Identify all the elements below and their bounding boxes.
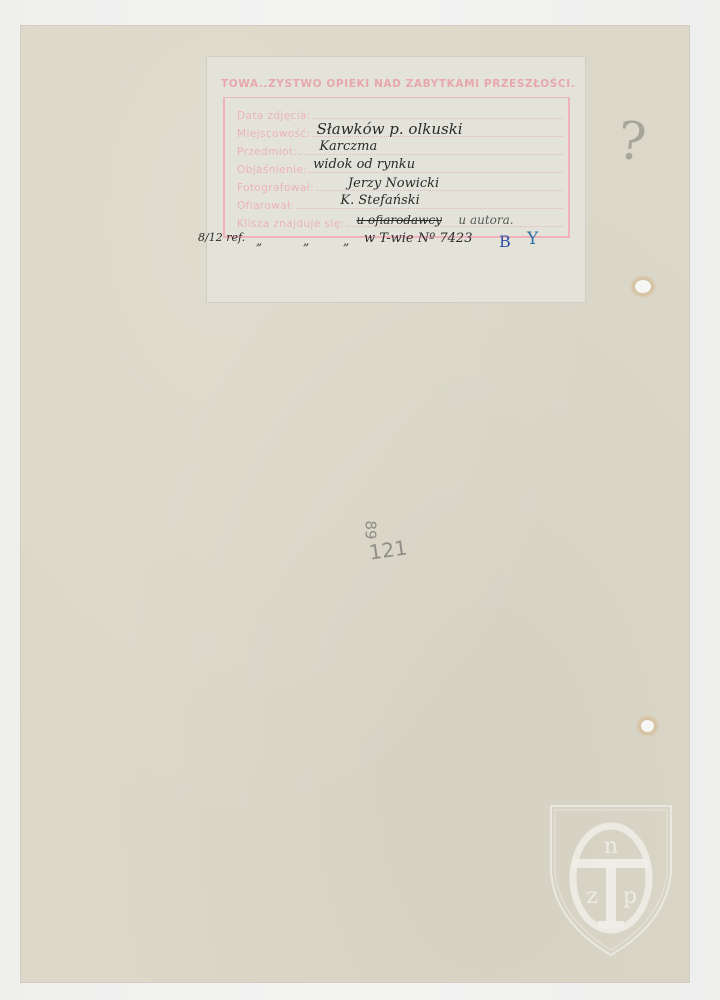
inventory-number: w T-wie Nº 7423 [364,231,472,246]
field-dotted-line [313,118,563,119]
pencil-question-mark: ? [615,111,649,174]
label-header: Towa..zystwo Opieki nad Zabytkami Przesz… [221,78,577,90]
inventory-prefix: 8/12 ref. [198,231,245,244]
handwritten-value: widok od rynku [313,157,415,172]
handwritten-value: K. Stefański [340,193,419,208]
field-dotted-line: u ofiarodawcy u autora. [346,226,563,227]
field-dotted-line: Jerzy Nowicki [316,190,563,191]
ditto-mark: „ [343,234,349,248]
ditto-mark: „ [303,234,309,248]
mark-y: Y [527,229,538,249]
photo-card-verso: Towa..zystwo Opieki nad Zabytkami Przesz… [21,26,689,982]
field-dotted-line: widok od rynku [309,172,563,173]
society-label: Towa..zystwo Opieki nad Zabytkami Przesz… [207,57,585,302]
field-row-photographer: Fotografował: Jerzy Nowicki [237,176,563,194]
svg-text:p: p [623,884,637,909]
field-dotted-line: Sławków p. olkuski [313,136,563,137]
field-label: Miejscowość: [237,128,311,140]
pencil-number: 121 [368,535,409,564]
handwritten-value: Karczma [319,139,377,154]
ditto-mark: „ [256,234,262,248]
field-dotted-line: Karczma [299,154,563,155]
pencil-number-rotated: 89 [362,520,380,539]
svg-text:z: z [586,884,598,909]
paper-damage-hole [635,280,651,293]
field-label: Objaśnienie: [237,164,307,176]
label-form-box: Data zdjęcia: Miejscowość: Sławków p. ol… [223,97,570,238]
paper-damage-hole [641,720,654,732]
handwritten-value: Sławków p. olkuski [317,120,463,138]
field-label: Przedmiot: [237,146,297,158]
struck-value: u ofiarodawcy [356,213,442,227]
handwritten-value: Jerzy Nowicki [348,176,439,191]
corrected-value: u autora. [458,213,513,227]
field-label: Data zdjęcia: [237,110,311,122]
field-dotted-line: K. Stefański [296,208,563,209]
svg-text:n: n [604,834,618,859]
field-row-place: Miejscowość: Sławków p. olkuski [237,122,563,140]
field-row-donor: Ofiarował: K. Stefański [237,194,563,212]
field-label: Ofiarował: [237,200,294,212]
field-row-negative-location: Klisza znajduje się: u ofiarodawcy u aut… [237,212,563,230]
mark-b: B [499,232,511,251]
shield-watermark-icon: n z p [548,803,674,958]
field-row-object: Przedmiot: Karczma [237,140,563,158]
field-label: Klisza znajduje się: [237,218,344,230]
field-row-description: Objaśnienie: widok od rynku [237,158,563,176]
field-label: Fotografował: [237,182,314,194]
